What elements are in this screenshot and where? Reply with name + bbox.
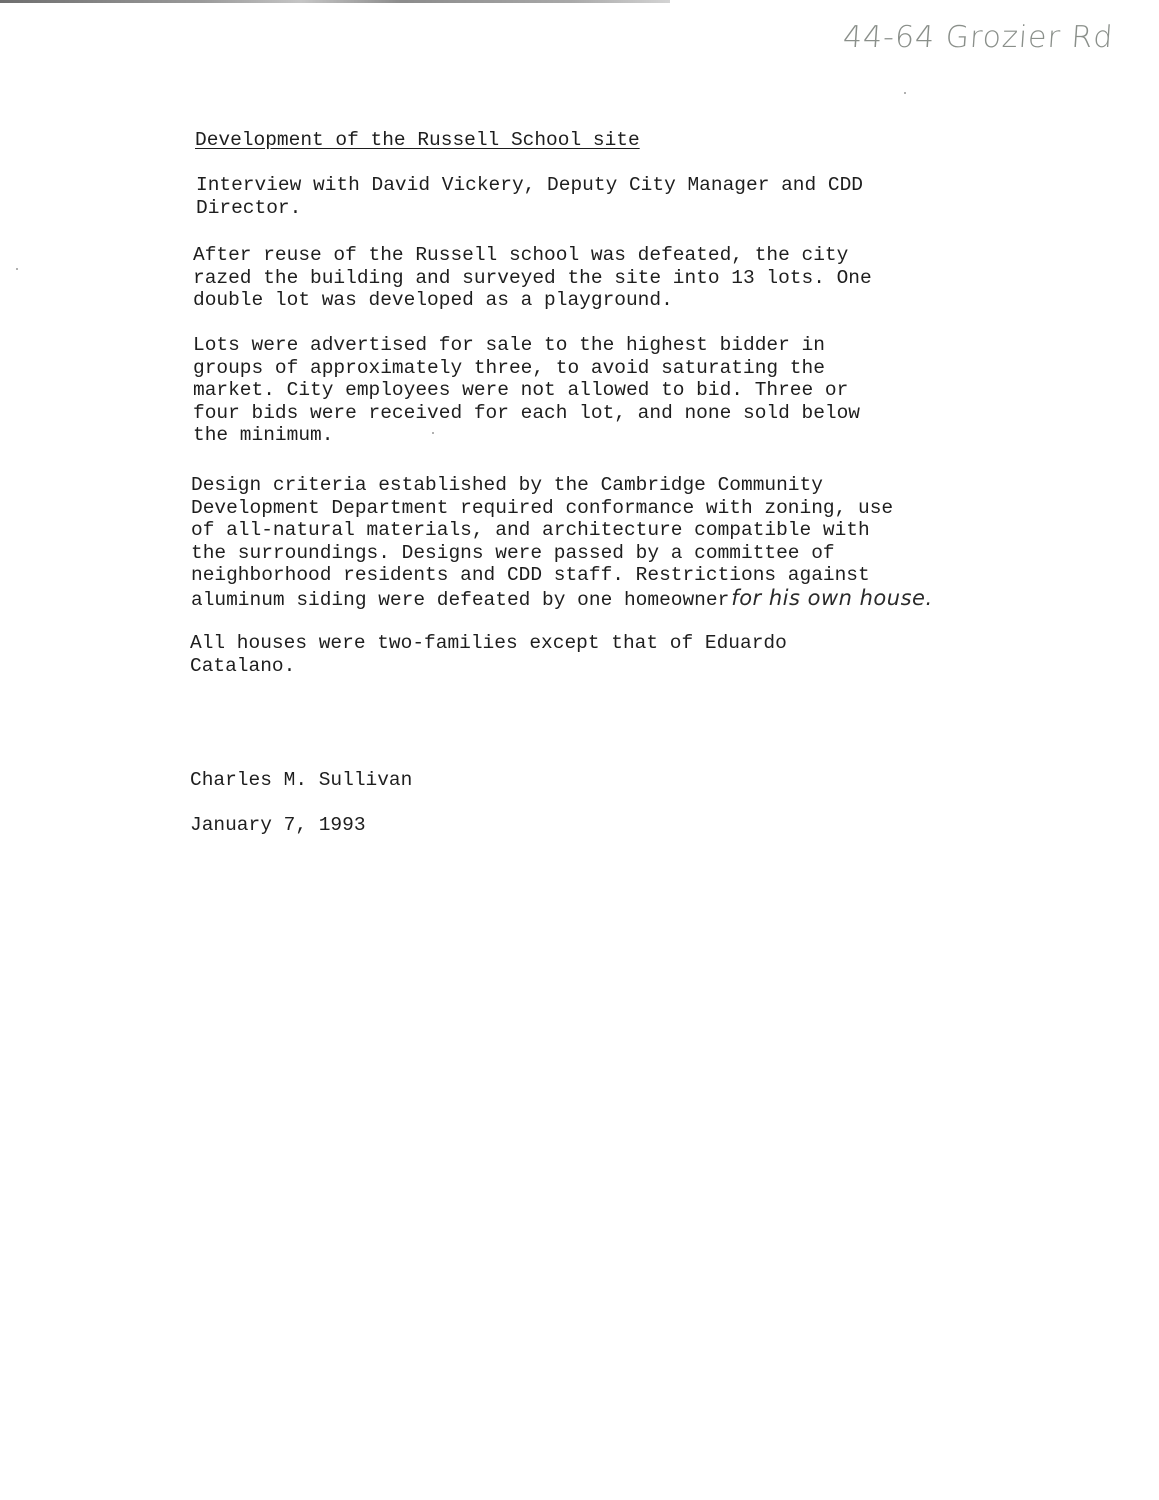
paragraph-design-criteria: Design criteria established by the Cambr… (191, 474, 933, 611)
handwritten-address-annotation: 44-64 Grozier Rd (842, 20, 1115, 55)
handwritten-insert: for his own house. (731, 586, 932, 610)
paragraph-houses: All houses were two-families except that… (190, 632, 787, 677)
scan-speck (904, 92, 906, 94)
paragraph-interview: Interview with David Vickery, Deputy Cit… (196, 174, 863, 219)
signature-name: Charles M. Sullivan (190, 769, 412, 792)
signature-date: January 7, 1993 (190, 814, 412, 837)
scan-speck (432, 432, 434, 434)
paragraph-lot-sales: Lots were advertised for sale to the hig… (193, 334, 860, 447)
document-title: Development of the Russell School site (195, 127, 1070, 153)
scan-edge (0, 0, 670, 3)
document-page: Development of the Russell School site I… (190, 127, 1070, 153)
paragraph-site-history: After reuse of the Russell school was de… (193, 244, 872, 312)
signature-block: Charles M. Sullivan January 7, 1993 (190, 746, 412, 859)
scan-speck (16, 268, 18, 270)
